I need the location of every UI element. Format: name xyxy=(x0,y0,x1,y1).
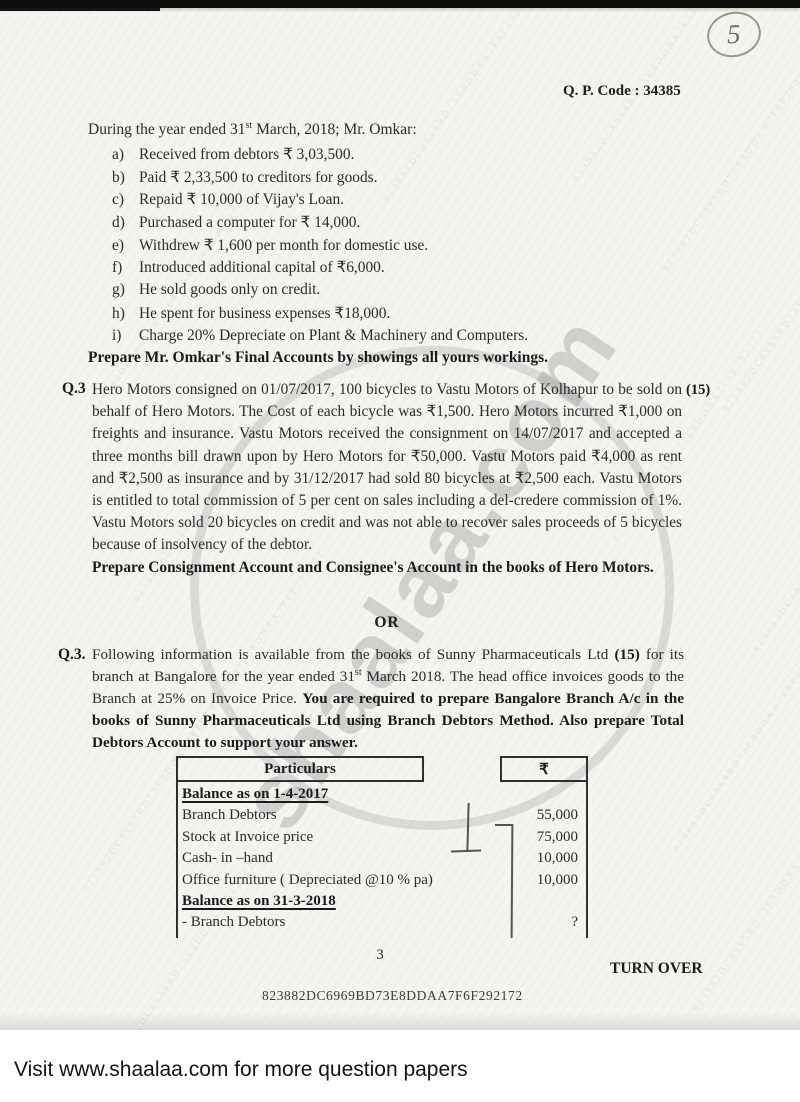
list-item: d)Purchased a computer for ₹ 14,000. xyxy=(112,213,672,236)
texture-line: 823882DC6969BD73E8DDAA7F6F292172 xyxy=(751,437,800,653)
q2-intro-line: During the year ended 31st March, 2018; … xyxy=(88,121,417,139)
q3a-instruction: Prepare Consignment Account and Consigne… xyxy=(92,557,682,579)
q2-intro-text: During the year ended 31 xyxy=(88,121,246,138)
list-item: b)Paid ₹ 2,33,500 to creditors for goods… xyxy=(112,168,672,191)
list-item: g)He sold goods only on credit. xyxy=(112,281,672,304)
table-header-amount: ₹ xyxy=(500,756,588,782)
row-amount: 55,000 xyxy=(512,807,578,824)
list-item: h)He spent for business expenses ₹18,000… xyxy=(112,304,672,327)
document-id: 823882DC6969BD73E8DDAA7F6F292172 xyxy=(262,988,523,1004)
table-header-particulars: Particulars xyxy=(176,756,424,782)
page-number: 3 xyxy=(340,947,420,964)
scan-edge-strip-right xyxy=(0,8,160,11)
item-text: He sold goods only on credit. xyxy=(139,281,320,298)
texture-line: 823882DC6969BD73E8DDAA7F6F292172 xyxy=(691,797,800,1013)
q3b-body-lead: Following information is available from … xyxy=(92,646,614,663)
item-text: Received from debtors ₹ 3,03,500. xyxy=(139,146,354,163)
footer-strip: Visit www.shaalaa.com for more question … xyxy=(0,1030,800,1102)
list-item: e)Withdrew ₹ 1,600 per month for domesti… xyxy=(112,236,672,259)
scan-bottom-shade xyxy=(0,1012,800,1030)
row-amount: 10,000 xyxy=(512,850,578,867)
item-label: b) xyxy=(112,169,139,187)
table-row: Branch Debtors55,000 xyxy=(176,807,588,828)
handwritten-number: 5 xyxy=(727,19,742,50)
item-label: h) xyxy=(112,305,139,323)
item-text: Repaid ₹ 10,000 of Vijay's Loan. xyxy=(139,191,344,208)
scanned-page: 823882DC6969BD73E8DDAA7F6F292172 823882D… xyxy=(0,0,800,1030)
list-item: a)Received from debtors ₹ 3,03,500. xyxy=(112,145,672,168)
scan-edge-strip xyxy=(0,0,800,8)
item-label: d) xyxy=(112,214,139,232)
list-item: f)Introduced additional capital of ₹6,00… xyxy=(112,258,672,281)
table-body: Balance as on 1-4-2017 Branch Debtors55,… xyxy=(176,786,588,936)
table-row: Office furniture ( Depreciated @10 % pa)… xyxy=(176,872,588,893)
row-amount: ? xyxy=(512,914,578,931)
handwritten-circle-mark: 5 xyxy=(703,7,765,62)
item-text: He spent for business expenses ₹18,000. xyxy=(139,305,390,322)
q3b-number: Q.3. xyxy=(58,646,86,664)
footer-note: Visit www.shaalaa.com for more question … xyxy=(14,1058,468,1082)
row-amount: 10,000 xyxy=(512,872,578,889)
table-row: - Branch Debtors? xyxy=(176,914,588,935)
q3a-marks: (15) xyxy=(686,382,710,399)
branch-table: Particulars ₹ Balance as on 1-4-2017 Bra… xyxy=(176,756,588,940)
item-text: Purchased a computer for ₹ 14,000. xyxy=(139,214,360,231)
row-label: Branch Debtors xyxy=(182,807,277,824)
row-label: Balance as on 31-3-2018 xyxy=(182,893,336,910)
row-label: Stock at Invoice price xyxy=(182,829,313,846)
table-row: Balance as on 31-3-2018 xyxy=(176,893,588,914)
row-label: Office furniture ( Depreciated @10 % pa) xyxy=(182,872,433,889)
q3a-number: Q.3 xyxy=(62,380,86,398)
texture-line: 823882DC6969BD73E8DDAA7F6F292172 xyxy=(661,57,800,273)
q3b-body-text: Following information is available from … xyxy=(92,644,684,754)
q3b-marks: (15) xyxy=(614,646,639,663)
item-text: Paid ₹ 2,33,500 to creditors for goods. xyxy=(139,169,378,186)
item-text: Introduced additional capital of ₹6,000. xyxy=(139,259,385,276)
q2-instruction: Prepare Mr. Omkar's Final Accounts by sh… xyxy=(88,349,548,367)
texture-line: 823882DC6969BD73E8DDAA7F6F292172 xyxy=(671,637,800,853)
row-label: - Branch Debtors xyxy=(182,914,285,931)
q2-intro-rest: March, 2018; Mr. Omkar: xyxy=(252,121,416,138)
row-label: Cash- in –hand xyxy=(182,850,273,867)
table-row: Balance as on 1-4-2017 xyxy=(176,786,588,807)
list-item: i)Charge 20% Depreciate on Plant & Machi… xyxy=(112,327,672,350)
list-item: c)Repaid ₹ 10,000 of Vijay's Loan. xyxy=(112,190,672,213)
or-divider: OR xyxy=(92,614,682,632)
qp-code: Q. P. Code : 34385 xyxy=(563,83,681,100)
q2-item-list: a)Received from debtors ₹ 3,03,500. b)Pa… xyxy=(112,145,672,349)
item-text: Withdrew ₹ 1,600 per month for domestic … xyxy=(139,237,428,254)
item-label: i) xyxy=(112,327,139,345)
handwritten-mark xyxy=(495,824,513,826)
row-amount: 75,000 xyxy=(512,829,578,846)
item-label: g) xyxy=(112,281,139,299)
item-text: Charge 20% Depreciate on Plant & Machine… xyxy=(139,327,528,344)
table-row: Cash- in –hand10,000 xyxy=(176,850,588,871)
q3b-superscript: st xyxy=(355,667,362,678)
q3a-body-text: Hero Motors consigned on 01/07/2017, 100… xyxy=(92,379,682,557)
item-label: c) xyxy=(112,191,139,209)
turn-over-label: TURN OVER xyxy=(610,960,703,978)
row-label: Balance as on 1-4-2017 xyxy=(182,786,328,803)
item-label: f) xyxy=(112,259,139,277)
item-label: e) xyxy=(112,237,139,255)
question-paper-page: 823882DC6969BD73E8DDAA7F6F292172 823882D… xyxy=(0,0,800,1102)
item-label: a) xyxy=(112,146,139,164)
q3a-block: Hero Motors consigned on 01/07/2017, 100… xyxy=(92,379,682,579)
table-row: Stock at Invoice price75,000 xyxy=(176,829,588,850)
